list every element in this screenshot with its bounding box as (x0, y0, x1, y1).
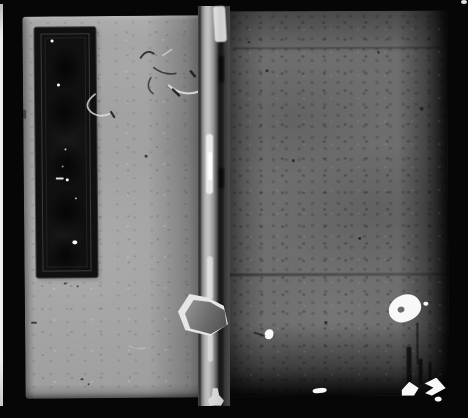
spine-frayed-tip (208, 388, 224, 406)
cover-speck (324, 321, 327, 324)
corner-damage (402, 382, 419, 396)
cover-speck (266, 69, 269, 72)
scratch-marks (22, 15, 207, 399)
left-cover (22, 15, 207, 399)
crease-line (228, 273, 448, 277)
cover-edge-nick (23, 110, 26, 119)
cover-speck (31, 322, 37, 324)
cover-speck (88, 383, 90, 385)
spine-highlight (213, 6, 227, 43)
vertical-scratch (416, 323, 418, 365)
right-cover (227, 11, 448, 397)
spine-highlight (208, 152, 212, 180)
crevice-shadow (219, 56, 224, 82)
cover-speck (247, 41, 250, 43)
dark-streak (407, 347, 412, 387)
edge-speck (461, 0, 467, 4)
book-photograph (0, 0, 468, 418)
scan-edge-strip (0, 4, 3, 406)
spine-highlight (207, 256, 213, 300)
dark-streak (419, 359, 423, 385)
damage-spot-notch (397, 306, 405, 313)
cover-speck (377, 51, 379, 54)
damage-spot-large (386, 292, 424, 325)
cover-speck (80, 378, 83, 380)
spine-fold (198, 6, 230, 406)
damage-spot-small (264, 329, 273, 339)
cover-speck (77, 285, 79, 287)
damage-spot (312, 387, 326, 393)
cover-speck (292, 159, 295, 162)
spine-highlight (208, 334, 213, 362)
crevice-shadow (219, 168, 224, 188)
dark-streak (429, 363, 432, 383)
cover-speck (358, 237, 361, 240)
cover-speck (64, 282, 67, 284)
corner-damage (435, 397, 442, 402)
damage-spot (423, 302, 428, 306)
cover-speck (145, 155, 148, 158)
cover-speck (420, 107, 424, 111)
crease-line (233, 47, 440, 50)
